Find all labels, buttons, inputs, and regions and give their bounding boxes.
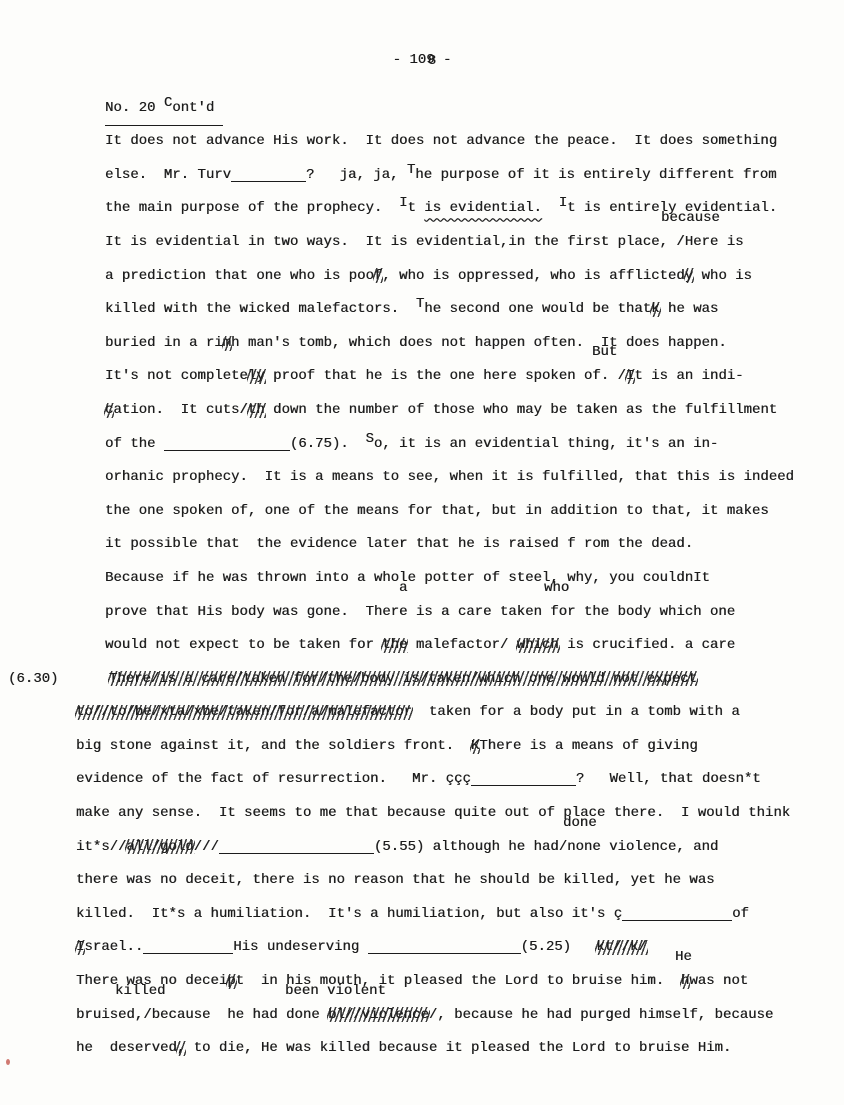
typed-text: It does not advance His work. It does no…: [105, 133, 777, 149]
typed-text: (6.75).: [290, 436, 366, 452]
typed-text: killed with the wicked malefactors.: [105, 301, 416, 317]
typed-text: would not expect to be taken for: [105, 637, 382, 653]
text-line: cation. It cuts/th down the number of th…: [0, 394, 844, 428]
text-line: It is evidential in two ways. It is evid…: [0, 226, 844, 260]
typed-text-body: - 1098 -No. 20 Cont'd It does not advanc…: [0, 44, 844, 1066]
struck-out-text: I: [626, 360, 634, 394]
typed-text: it*s//: [76, 839, 126, 855]
struck-out-text: the: [382, 629, 407, 663]
typed-text: srael..: [84, 939, 143, 955]
text-line: (6.30) There/is a care/taken for/the/bod…: [0, 663, 844, 697]
text-line: It does not advance His work. It does no…: [0, 125, 844, 159]
typed-text: orhanic prophecy. It is a means to see, …: [105, 469, 794, 485]
typed-text: of: [732, 906, 749, 922]
inserted-correction-word: killed: [115, 983, 165, 999]
struck-out-text: kt//k/: [596, 931, 646, 965]
typed-text: -: [435, 52, 452, 68]
struck-out-text: to//to/be/xta/xbe/taken/for/a/malefactor: [76, 696, 412, 730]
struck-out-text: all/gold: [126, 831, 193, 865]
typed-text: down the number of those who may be take…: [265, 402, 777, 418]
struck-out-text: c: [105, 394, 113, 428]
typed-text: was not: [689, 973, 748, 989]
typed-text: t is an indi-: [634, 368, 743, 384]
text-line: prove that His body was gone. There is a…: [0, 596, 844, 630]
struck-out-text: f: [374, 260, 382, 294]
typed-text: It is evidential in two ways. It is evid…: [105, 234, 693, 250]
raised-character: I: [399, 195, 407, 211]
typed-text: /, because he had purged himself, becaus…: [429, 1007, 773, 1023]
text-line: bruised,/because he had done bl//violenc…: [0, 999, 844, 1033]
typed-text: big stone against it, and the soldiers f…: [76, 738, 471, 754]
text-line: the one spoken of, one of the means for …: [0, 495, 844, 529]
struck-out-text: p: [227, 965, 235, 999]
raised-character: C: [164, 95, 172, 111]
typed-text: [58, 671, 108, 687]
raised-character: I: [559, 195, 567, 211]
typed-text: make any sense. It seems to me that beca…: [76, 805, 790, 821]
typed-text: he deserved: [76, 1040, 177, 1056]
typed-text: evidence of the fact of resurrection. Mr…: [76, 771, 471, 787]
fill-in-blank: [164, 438, 290, 451]
typed-text: [542, 200, 559, 216]
text-line: buried in a rimh man's tomb, which does …: [0, 327, 844, 361]
struck-out-text: k: [651, 293, 659, 327]
typed-text: is crucified. a care: [559, 637, 735, 653]
typed-text: , who is oppressed, who is afflicted: [382, 268, 684, 284]
text-line: It's not completely proof that he is the…: [0, 360, 844, 394]
typed-text: ///: [194, 839, 219, 855]
typed-text: he second one would be that: [424, 301, 651, 317]
inserted-correction-word: a: [399, 580, 407, 596]
typed-text: ? ja, ja,: [306, 167, 407, 183]
struck-out-text: I: [76, 931, 84, 965]
inserted-correction-word: He: [675, 949, 692, 965]
typed-text: of the: [105, 436, 164, 452]
text-line: killed with the wicked malefactors. The …: [0, 293, 844, 327]
fill-in-blank: [368, 941, 521, 954]
text-line: would not expect to be taken for the mal…: [0, 629, 844, 663]
typed-text: proof that he is the one here spoken of.…: [265, 368, 626, 384]
typed-text: His undeserving: [233, 939, 367, 955]
text-line: it possible that the evidence later that…: [0, 528, 844, 562]
typed-text: to die, He was killed because it pleased…: [185, 1040, 731, 1056]
typed-text: killed. It*s a humiliation. It's a humil…: [76, 906, 622, 922]
typed-text: ere is: [693, 234, 743, 250]
typed-text: malefactor/: [407, 637, 516, 653]
text-line: evidence of the fact of resurrection. Mr…: [0, 763, 844, 797]
typed-text: taken for a body put in a tomb with a: [412, 704, 740, 720]
fill-in-blank: [143, 941, 233, 954]
text-line: a prediction that one who is poof, who i…: [0, 260, 844, 294]
text-line: it*s//all/gold///(5.55) although he had/…: [0, 831, 844, 865]
inserted-correction-word: been violent: [285, 983, 386, 999]
inserted-correction-word: done: [563, 815, 597, 831]
page-number: - 1098 -: [0, 44, 844, 78]
typed-text: - 10: [393, 52, 427, 68]
fill-in-blank: [622, 908, 732, 921]
fill-in-blank: [219, 841, 374, 854]
typed-text: It's not complete: [105, 368, 248, 384]
text-line: killed. It*s a humiliation. It's a humil…: [0, 898, 844, 932]
text-line: orhanic prophecy. It is a means to see, …: [0, 461, 844, 495]
struck-out-text: h: [681, 965, 689, 999]
text-line: Israel..His undeserving (5.25) kt//k/: [0, 931, 844, 965]
text-line: there was no deceit, there is no reason …: [0, 864, 844, 898]
struck-out-text: which: [517, 629, 559, 663]
text-line: Because if he was thrown into a whole po…: [0, 562, 844, 596]
typed-text: the main purpose of the prophecy.: [105, 200, 399, 216]
struck-out-text: ,: [177, 1032, 185, 1066]
raised-character: T: [407, 162, 415, 178]
underlined-heading-text: No. 20 Cont'd: [105, 92, 223, 127]
typed-text: the one spoken of, one of the means for …: [105, 503, 769, 519]
typed-text: he was: [660, 301, 719, 317]
typed-text: who is: [693, 268, 752, 284]
struck-out-text: K: [471, 730, 479, 764]
text-line: else. Mr. Turv? ja, ja, The purpose of i…: [0, 159, 844, 193]
struck-out-text: m: [223, 327, 231, 361]
inserted-correction-word: because: [661, 210, 720, 226]
raised-character: S: [365, 431, 373, 447]
inserted-correction-word: who: [544, 580, 569, 596]
text-line: big stone against it, and the soldiers f…: [0, 730, 844, 764]
text-line: make any sense. It seems to me that beca…: [0, 797, 844, 831]
typed-text: there was no deceit, there is no reason …: [76, 872, 715, 888]
struck-out-text: bl//violence: [328, 999, 429, 1033]
typed-text: t: [407, 200, 424, 216]
wavy-underlined-text: is evidential.: [424, 200, 542, 216]
typed-text: it possible that the evidence later that…: [105, 536, 693, 552]
typed-text: buried in a ri: [105, 335, 223, 351]
scan-artifact-dot: [6, 1059, 10, 1065]
fill-in-blank: [231, 169, 306, 182]
text-line: he deserved, to die, He was killed becau…: [0, 1032, 844, 1066]
typed-text: Because if he was thrown into a whole po…: [105, 570, 710, 586]
overtyped-character-under: 8: [428, 45, 436, 79]
typed-text: (5.55) although he had/none violence, an…: [374, 839, 718, 855]
fill-in-blank: [471, 773, 576, 786]
text-line: to//to/be/xta/xbe/taken/for/a/malefactor…: [0, 696, 844, 730]
typed-text: (5.25): [521, 939, 597, 955]
typed-text: ? Well, that doesn*t: [576, 771, 761, 787]
section-heading: No. 20 Cont'd: [0, 92, 844, 126]
typed-text: o, it is an evidential thing, it's an in…: [374, 436, 718, 452]
typed-text: h man's tomb, which does not happen ofte…: [231, 335, 727, 351]
typed-text: ont'd: [172, 100, 222, 116]
struck-out-text: ly: [248, 360, 265, 394]
typed-text: else. Mr. Turv: [105, 167, 231, 183]
text-line: of the (6.75). So, it is an evidential t…: [0, 428, 844, 462]
typed-text: There is a means of giving: [479, 738, 697, 754]
raised-character: T: [416, 296, 424, 312]
document-page: - 1098 -No. 20 Cont'd It does not advanc…: [0, 0, 844, 1105]
typed-text: ation. It cuts/: [113, 402, 247, 418]
struck-out-text: y: [685, 260, 693, 294]
typed-text: prove that His body was gone. There is a…: [105, 604, 735, 620]
typed-text: No. 20: [105, 100, 164, 116]
struck-out-text: th: [248, 394, 265, 428]
overtyped-character: 98: [426, 44, 434, 78]
typed-text: a prediction that one who is poo: [105, 268, 374, 284]
typed-text: (6.30): [8, 671, 58, 687]
struck-out-text: There/is a care/taken for/the/body is/ta…: [109, 663, 697, 697]
typed-text: he purpose of it is entirely different f…: [415, 167, 776, 183]
inserted-correction-word: But: [592, 344, 617, 360]
typed-text: bruised,/because he had done: [76, 1007, 328, 1023]
